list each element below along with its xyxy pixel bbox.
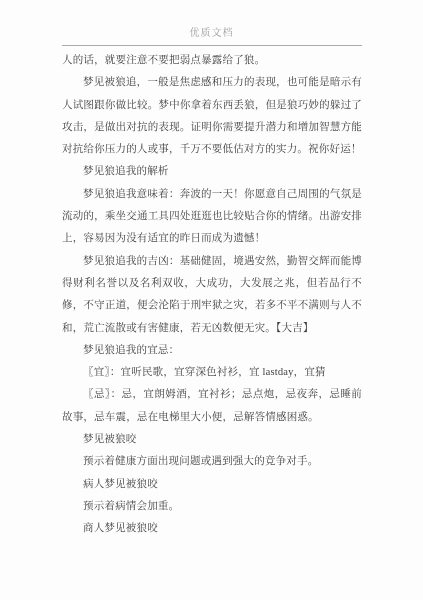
- paragraph: 预示着健康方面出现问题或遇到强大的竞争对手。: [62, 451, 362, 473]
- paragraph: 梦见狼追我的吉凶：基础健固，境遇安然，勤智交辉而能博得财利名誉以及名利双收，大成…: [62, 251, 362, 340]
- paragraph: 预示着病情会加重。: [62, 496, 362, 518]
- paragraph: 商人梦见被狼咬: [62, 518, 362, 540]
- paragraph: 病人梦见被狼咬: [62, 474, 362, 496]
- header-rule: [62, 45, 362, 46]
- paragraph: 梦见被狼追，一般是焦虑感和压力的表现，也可能是暗示有人试图跟你做比较。梦中你拿着…: [62, 72, 362, 161]
- document-body: 人的话，就要注意不要把弱点暴露给了狼。梦见被狼追，一般是焦虑感和压力的表现，也可…: [62, 50, 362, 541]
- paragraph: 梦见狼追我的解析: [62, 161, 362, 183]
- paragraph: 〖宜〗：宜听民歌，宜穿深色衬衫，宜 lastday，宜猜: [62, 362, 362, 384]
- paragraph: 〖忌〗：忌，宜朗姆酒，宜衬衫；忌点炮，忌夜奔，忌睡前故事，忌车震，忌在电梯里大小…: [62, 384, 362, 429]
- paragraph: 梦见狼追我的宜忌：: [62, 340, 362, 362]
- paragraph: 梦见狼追我意味着：奔波的一天！你愿意自己周围的气氛是流动的，乘坐交通工具四处逛逛…: [62, 184, 362, 251]
- paragraph: 梦见被狼咬: [62, 429, 362, 451]
- watermark-header: 优质文档: [61, 24, 362, 39]
- document-page: 优质文档 人的话，就要注意不要把弱点暴露给了狼。梦见被狼追，一般是焦虑感和压力的…: [0, 0, 423, 600]
- paragraph: 人的话，就要注意不要把弱点暴露给了狼。: [62, 50, 362, 72]
